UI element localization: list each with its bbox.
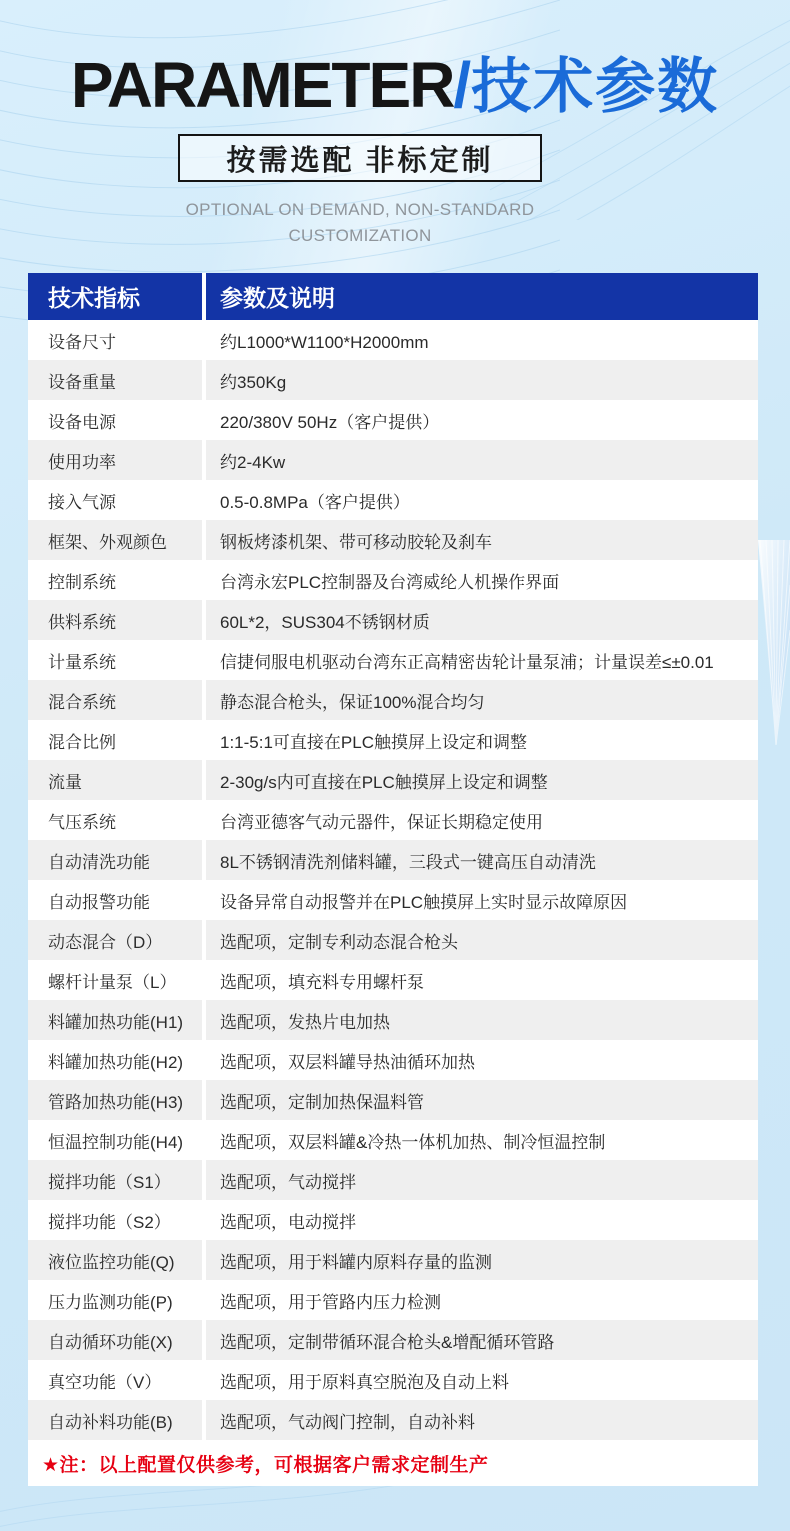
table-row: 液位监控功能(Q) 选配项，用于料罐内原料存量的监测 (28, 1240, 758, 1280)
row-value: 选配项，用于料罐内原料存量的监测 (206, 1240, 758, 1280)
row-label: 管路加热功能(H3) (28, 1080, 202, 1120)
subtitle-box: 按需选配 非标定制 (178, 134, 542, 182)
row-value: 1:1-5:1可直接在PLC触摸屏上设定和调整 (206, 720, 758, 760)
row-label: 动态混合（D） (28, 920, 202, 960)
title-chinese: 技术参数 (471, 53, 719, 120)
row-label: 自动清洗功能 (28, 840, 202, 880)
note-text: ★注：以上配置仅供参考，可根据客户需求定制生产 (42, 1450, 489, 1477)
row-value: 选配项，电动搅拌 (206, 1200, 758, 1240)
table-row: 设备重量 约350Kg (28, 360, 758, 400)
table-row: 自动报警功能 设备异常自动报警并在PLC触摸屏上实时显示故障原因 (28, 880, 758, 920)
row-value: 台湾亚德客气动元器件，保证长期稳定使用 (206, 800, 758, 840)
row-value: 2-30g/s内可直接在PLC触摸屏上设定和调整 (206, 760, 758, 800)
row-label: 自动补料功能(B) (28, 1400, 202, 1440)
row-label: 控制系统 (28, 560, 202, 600)
caption-english: OPTIONAL ON DEMAND, NON-STANDARD CUSTOMI… (140, 197, 580, 250)
row-value: 选配项，发热片电加热 (206, 1000, 758, 1040)
table-row: 动态混合（D） 选配项，定制专利动态混合枪头 (28, 920, 758, 960)
row-value: 选配项，用于管路内压力检测 (206, 1280, 758, 1320)
row-value: 静态混合枪头，保证100%混合均匀 (206, 680, 758, 720)
table-row: 混合系统 静态混合枪头，保证100%混合均匀 (28, 680, 758, 720)
spec-table-card: 技术指标 参数及说明 设备尺寸 约L1000*W1100*H2000mm 设备重… (28, 273, 758, 1486)
row-value: 选配项，气动阀门控制，自动补料 (206, 1400, 758, 1440)
row-label: 供料系统 (28, 600, 202, 640)
row-value: 选配项，定制加热保温料管 (206, 1080, 758, 1120)
table-header-label: 技术指标 (28, 273, 202, 320)
table-row: 自动循环功能(X) 选配项，定制带循环混合枪头&增配循环管路 (28, 1320, 758, 1360)
row-value: 约2-4Kw (206, 440, 758, 480)
row-label: 搅拌功能（S1） (28, 1160, 202, 1200)
row-label: 自动报警功能 (28, 880, 202, 920)
row-value: 选配项，用于原料真空脱泡及自动上料 (206, 1360, 758, 1400)
row-label: 计量系统 (28, 640, 202, 680)
table-row: 恒温控制功能(H4) 选配项，双层料罐&冷热一体机加热、制冷恒温控制 (28, 1120, 758, 1160)
table-row: 自动清洗功能 8L不锈钢清洗剂储料罐，三段式一键高压自动清洗 (28, 840, 758, 880)
row-value: 选配项，气动搅拌 (206, 1160, 758, 1200)
table-row: 压力监测功能(P) 选配项，用于管路内压力检测 (28, 1280, 758, 1320)
row-label: 液位监控功能(Q) (28, 1240, 202, 1280)
table-row: 搅拌功能（S1） 选配项，气动搅拌 (28, 1160, 758, 1200)
row-label: 真空功能（V） (28, 1360, 202, 1400)
row-value: 选配项，双层料罐导热油循环加热 (206, 1040, 758, 1080)
table-body: 设备尺寸 约L1000*W1100*H2000mm 设备重量 约350Kg 设备… (28, 320, 758, 1440)
title-slash: / (453, 49, 471, 121)
table-header-row: 技术指标 参数及说明 (28, 273, 758, 320)
caption-line-1: OPTIONAL ON DEMAND, NON-STANDARD (140, 197, 580, 223)
row-value: 0.5-0.8MPa（客户提供） (206, 480, 758, 520)
row-value: 选配项，填充料专用螺杆泵 (206, 960, 758, 1000)
table-row: 控制系统 台湾永宏PLC控制器及台湾威纶人机操作界面 (28, 560, 758, 600)
row-label: 框架、外观颜色 (28, 520, 202, 560)
row-value: 60L*2，SUS304不锈钢材质 (206, 600, 758, 640)
row-label: 气压系统 (28, 800, 202, 840)
table-row: 接入气源 0.5-0.8MPa（客户提供） (28, 480, 758, 520)
row-value: 信捷伺服电机驱动台湾东正高精密齿轮计量泵浦；计量误差≤±0.01 (206, 640, 758, 680)
row-label: 流量 (28, 760, 202, 800)
table-row: 计量系统 信捷伺服电机驱动台湾东正高精密齿轮计量泵浦；计量误差≤±0.01 (28, 640, 758, 680)
row-label: 自动循环功能(X) (28, 1320, 202, 1360)
note-row: ★注：以上配置仅供参考，可根据客户需求定制生产 (28, 1440, 758, 1486)
table-row: 真空功能（V） 选配项，用于原料真空脱泡及自动上料 (28, 1360, 758, 1400)
row-value: 钢板烤漆机架、带可移动胶轮及刹车 (206, 520, 758, 560)
table-row: 使用功率 约2-4Kw (28, 440, 758, 480)
page-title: PARAMETER/技术参数 (0, 48, 790, 140)
table-row: 管路加热功能(H3) 选配项，定制加热保温料管 (28, 1080, 758, 1120)
row-value: 选配项，定制专利动态混合枪头 (206, 920, 758, 960)
row-label: 设备尺寸 (28, 320, 202, 360)
row-label: 螺杆计量泵（L） (28, 960, 202, 1000)
table-row: 螺杆计量泵（L） 选配项，填充料专用螺杆泵 (28, 960, 758, 1000)
table-row: 气压系统 台湾亚德客气动元器件，保证长期稳定使用 (28, 800, 758, 840)
row-label: 恒温控制功能(H4) (28, 1120, 202, 1160)
table-row: 料罐加热功能(H2) 选配项，双层料罐导热油循环加热 (28, 1040, 758, 1080)
row-value: 约L1000*W1100*H2000mm (206, 320, 758, 360)
title-english: PARAMETER (71, 49, 454, 121)
page-background: PARAMETER/技术参数 按需选配 非标定制 OPTIONAL ON DEM… (0, 0, 790, 1531)
row-value: 选配项，双层料罐&冷热一体机加热、制冷恒温控制 (206, 1120, 758, 1160)
row-value: 选配项，定制带循环混合枪头&增配循环管路 (206, 1320, 758, 1360)
row-value: 设备异常自动报警并在PLC触摸屏上实时显示故障原因 (206, 880, 758, 920)
row-label: 混合比例 (28, 720, 202, 760)
table-row: 设备电源 220/380V 50Hz（客户提供） (28, 400, 758, 440)
row-label: 料罐加热功能(H2) (28, 1040, 202, 1080)
subtitle-text: 按需选配 非标定制 (226, 138, 493, 179)
table-header-value: 参数及说明 (206, 273, 758, 320)
row-label: 使用功率 (28, 440, 202, 480)
table-row: 流量 2-30g/s内可直接在PLC触摸屏上设定和调整 (28, 760, 758, 800)
table-row: 混合比例 1:1-5:1可直接在PLC触摸屏上设定和调整 (28, 720, 758, 760)
row-label: 搅拌功能（S2） (28, 1200, 202, 1240)
table-row: 料罐加热功能(H1) 选配项，发热片电加热 (28, 1000, 758, 1040)
row-value: 220/380V 50Hz（客户提供） (206, 400, 758, 440)
row-label: 设备电源 (28, 400, 202, 440)
table-row: 供料系统 60L*2，SUS304不锈钢材质 (28, 600, 758, 640)
table-row: 自动补料功能(B) 选配项，气动阀门控制，自动补料 (28, 1400, 758, 1440)
row-label: 设备重量 (28, 360, 202, 400)
row-label: 压力监测功能(P) (28, 1280, 202, 1320)
row-label: 料罐加热功能(H1) (28, 1000, 202, 1040)
table-row: 搅拌功能（S2） 选配项，电动搅拌 (28, 1200, 758, 1240)
row-value: 8L不锈钢清洗剂储料罐，三段式一键高压自动清洗 (206, 840, 758, 880)
table-row: 设备尺寸 约L1000*W1100*H2000mm (28, 320, 758, 360)
row-label: 混合系统 (28, 680, 202, 720)
table-row: 框架、外观颜色 钢板烤漆机架、带可移动胶轮及刹车 (28, 520, 758, 560)
caption-line-2: CUSTOMIZATION (140, 223, 580, 249)
row-label: 接入气源 (28, 480, 202, 520)
row-value: 台湾永宏PLC控制器及台湾威纶人机操作界面 (206, 560, 758, 600)
row-value: 约350Kg (206, 360, 758, 400)
